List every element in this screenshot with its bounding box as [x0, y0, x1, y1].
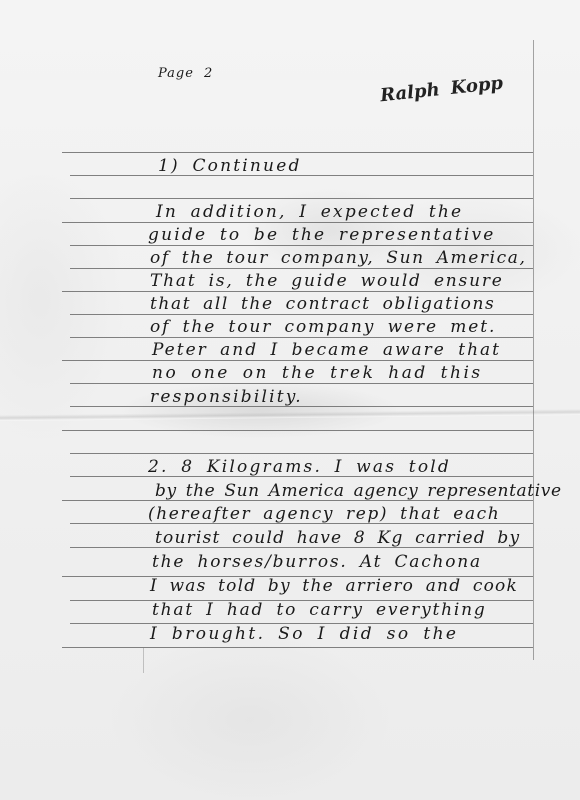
- text-line: (hereafter agency rep) that each: [148, 504, 500, 524]
- text-line: I was told by the arriero and cook: [150, 576, 518, 596]
- right-margin-line: [533, 40, 534, 660]
- text-line: no one on the trek had this: [152, 363, 483, 383]
- text-line: that all the contract obligations: [150, 294, 495, 314]
- text-line: That is, the guide would ensure: [150, 271, 504, 291]
- ruled-line: [62, 222, 533, 223]
- text-line: by the Sun America agency representative: [155, 481, 562, 501]
- text-line: In addition, I expected the: [156, 202, 463, 222]
- ruled-line: [70, 245, 533, 246]
- text-line: of the tour company, Sun America,: [150, 248, 527, 268]
- left-margin-line: [143, 648, 144, 673]
- text-line: responsibility.: [150, 387, 303, 407]
- ruled-line: [62, 647, 533, 648]
- text-line: I brought. So I did so the: [150, 624, 458, 644]
- ruled-line: [62, 360, 533, 361]
- text-line: the horses/burros. At Cachona: [152, 552, 482, 572]
- text-line: Peter and I became aware that: [152, 340, 501, 360]
- ruled-line: [70, 314, 533, 315]
- text-line: tourist could have 8 Kg carried by: [155, 528, 520, 548]
- ruled-line: [62, 152, 533, 153]
- ruled-line: [62, 430, 533, 431]
- text-line: guide to be the representative: [148, 225, 496, 245]
- text-line: of the tour company were met.: [150, 317, 496, 337]
- page-number: Page 2: [158, 64, 213, 84]
- text-line-item-2: 2. 8 Kilograms. I was told: [148, 457, 451, 477]
- ruled-line: [70, 198, 533, 199]
- text-line: 2. 8 Kilograms. I was told: [148, 457, 451, 477]
- ruled-line: [70, 383, 533, 384]
- text-line: that I had to carry everything: [152, 600, 487, 620]
- ruled-line: [70, 268, 533, 269]
- ruled-line: [70, 453, 533, 454]
- ruled-line: [62, 291, 533, 292]
- ruled-line: [70, 337, 533, 338]
- text-line: 1) Continued: [158, 156, 302, 176]
